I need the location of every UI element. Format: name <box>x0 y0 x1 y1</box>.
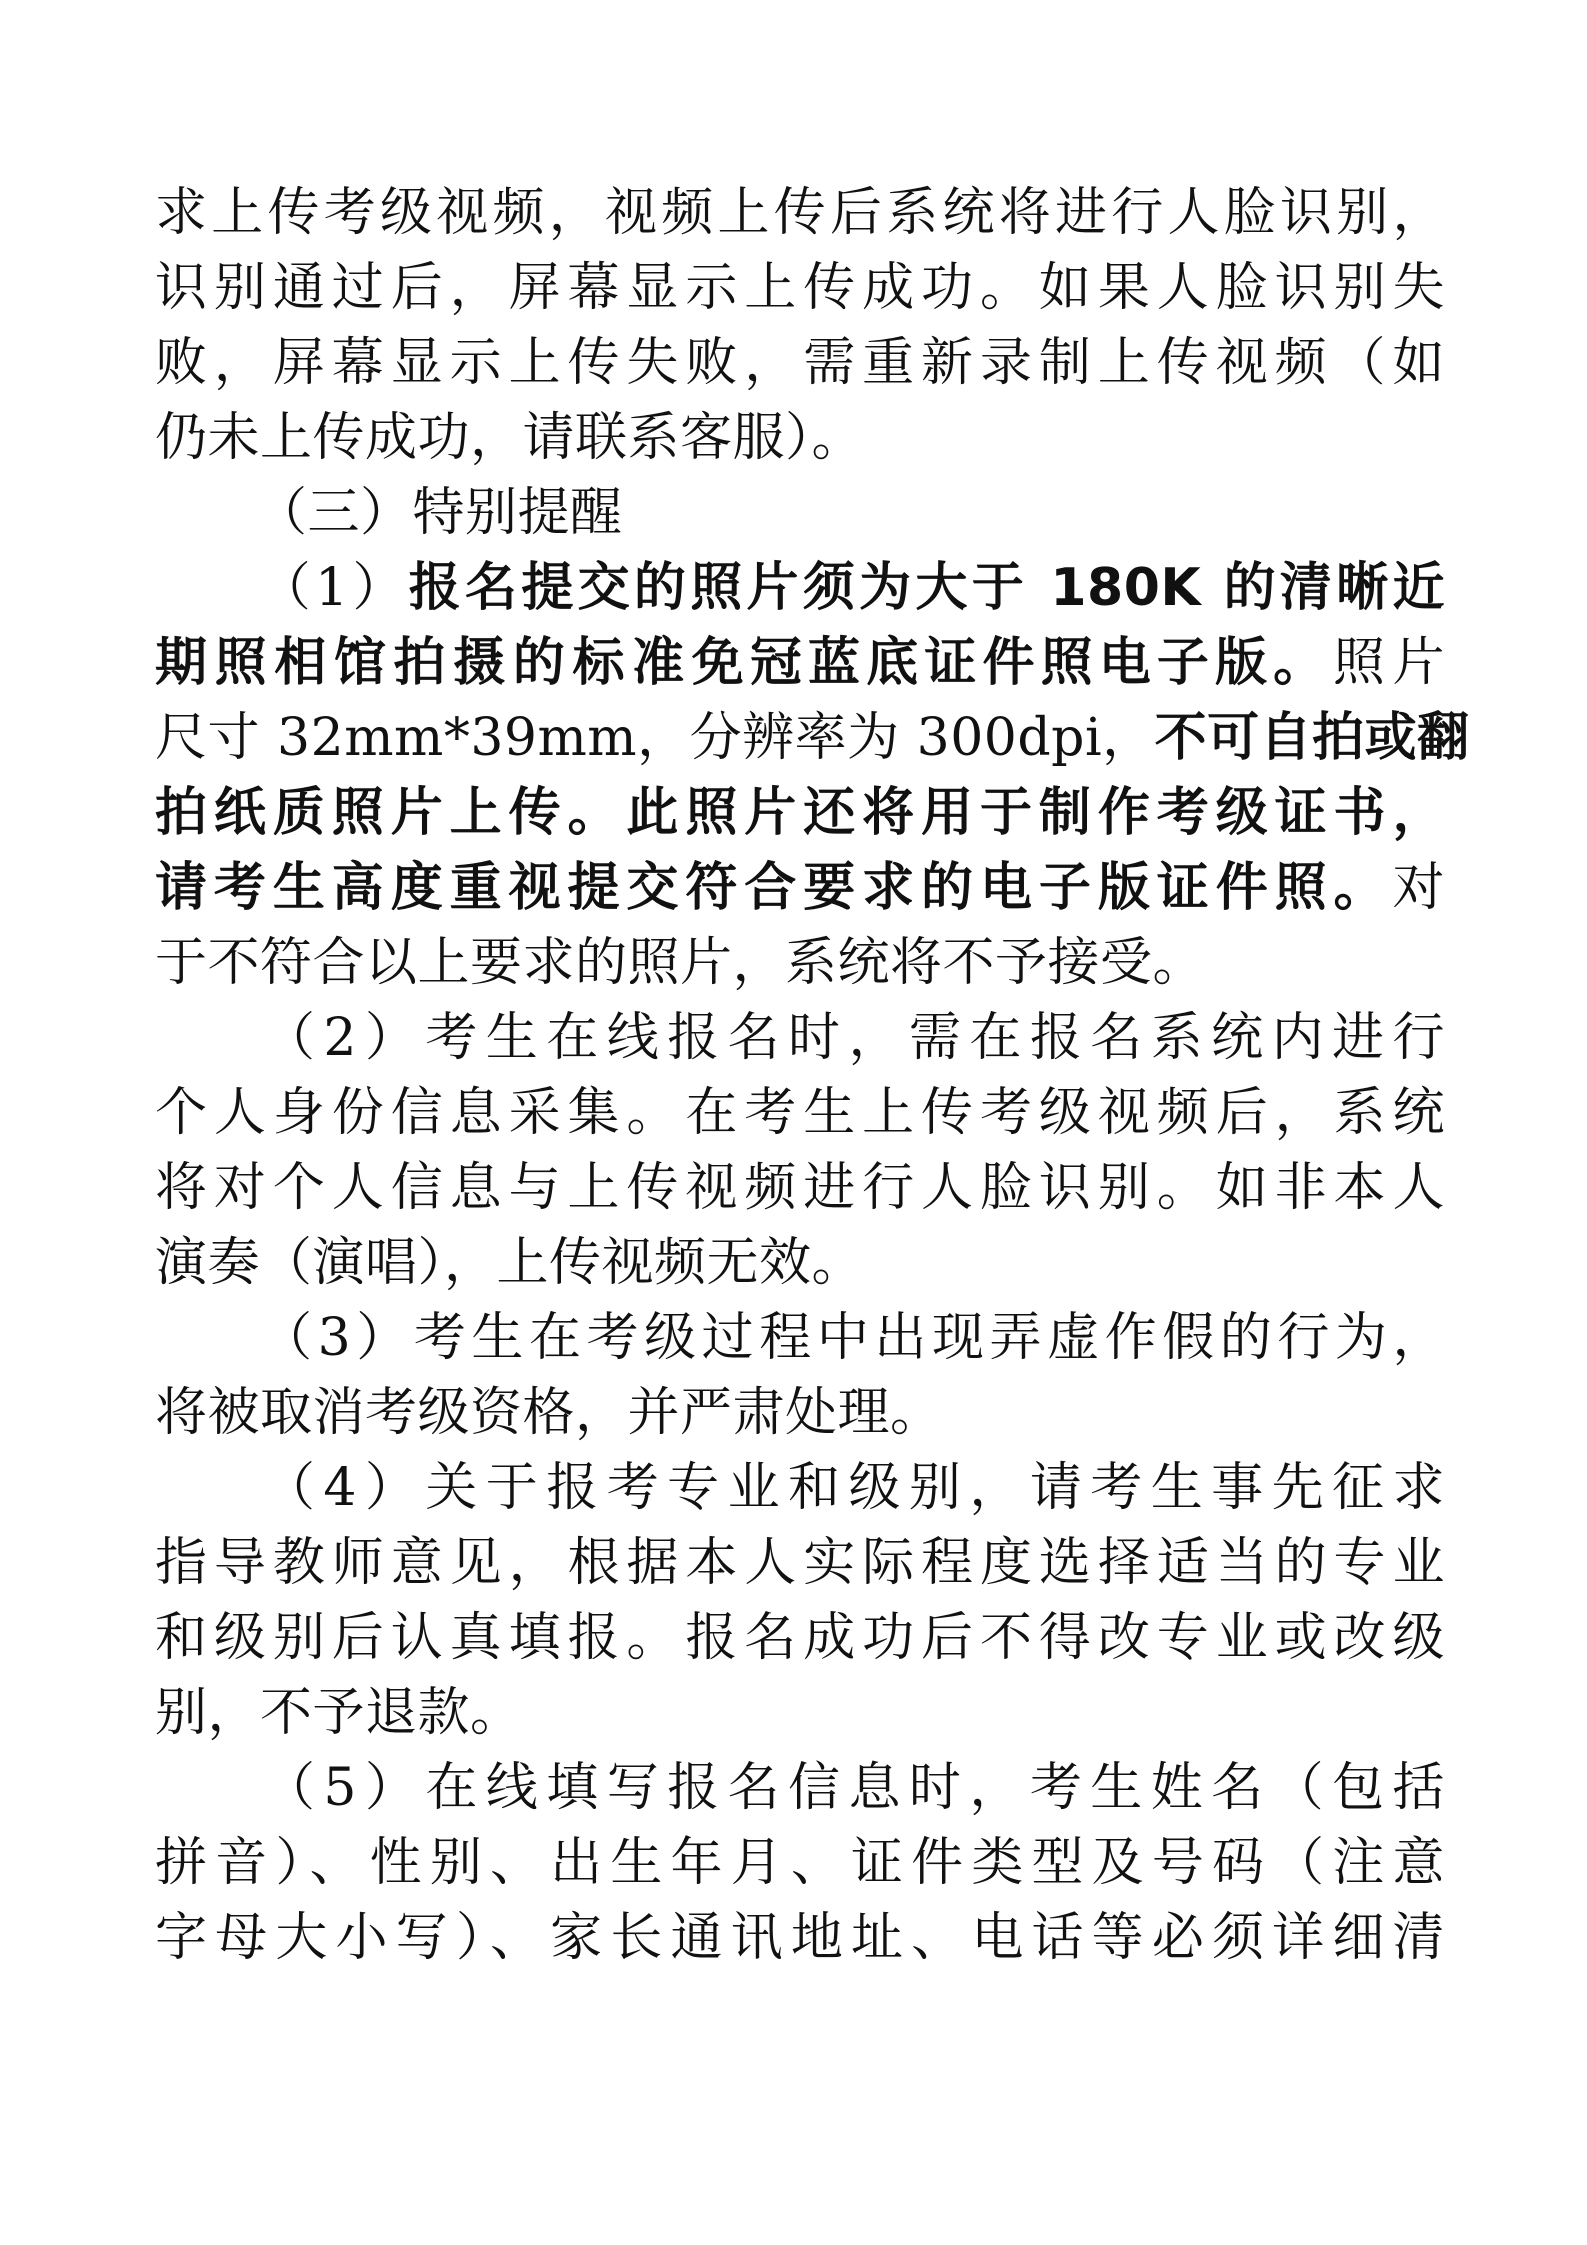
text-line: 期照相馆拍摄的标准免冠蓝底证件照电子版。照片 <box>155 626 1445 701</box>
text-line: 个人身份信息采集。在考生上传考级视频后，系统 <box>155 1076 1445 1151</box>
bold-text: 报名提交的照片须为大于 180K 的清晰近 <box>409 558 1445 618</box>
normal-text: 尺寸 32mm*39mm，分辨率为 300dpi， <box>155 708 1155 768</box>
section-heading-text: （三）特别提醒 <box>255 483 623 543</box>
text-line: （2）考生在线报名时，需在报名系统内进行 <box>155 1001 1445 1076</box>
normal-text: 对 <box>1392 858 1445 918</box>
bold-text: 。 <box>1273 633 1333 693</box>
text-line: 指导教师意见，根据本人实际程度选择适当的专业 <box>155 1526 1445 1601</box>
section-heading: （三）特别提醒 <box>155 476 1445 551</box>
item-number: （1） <box>255 558 409 618</box>
reminder-item-1: （1）报名提交的照片须为大于 180K 的清晰近 期照相馆拍摄的标准免冠蓝底证件… <box>155 551 1445 1001</box>
text-span: （2）考生在线报名时，需在报名系统内进行 <box>255 1008 1445 1068</box>
emphasis-text: 免冠蓝底证件照电子版 <box>692 633 1273 693</box>
text-line: 将对个人信息与上传视频进行人脸识别。如非本人 <box>155 1151 1445 1226</box>
reminder-item-2: （2）考生在线报名时，需在报名系统内进行 个人身份信息采集。在考生上传考级视频后… <box>155 1001 1445 1301</box>
reminder-item-4: （4）关于报考专业和级别，请考生事先征求 指导教师意见，根据本人实际程度选择适当… <box>155 1451 1445 1751</box>
text-line: （1）报名提交的照片须为大于 180K 的清晰近 <box>155 551 1445 626</box>
bold-text: 请考生高度重视提交符合要求的电子版证件照。 <box>155 858 1392 918</box>
bold-text: 拍纸质照片上传。此照片还将用于制作考级证书， <box>155 783 1445 843</box>
bold-text: 不可自拍或翻 <box>1155 708 1470 768</box>
normal-text: 照片 <box>1333 633 1445 693</box>
text-line: 请考生高度重视提交符合要求的电子版证件照。对 <box>155 851 1445 926</box>
bold-text: 期照相馆拍摄的标准 <box>155 633 692 693</box>
text-line: （4）关于报考专业和级别，请考生事先征求 <box>155 1451 1445 1526</box>
reminder-item-5: （5）在线填写报名信息时，考生姓名（包括 拼音）、性别、出生年月、证件类型及号码… <box>155 1751 1445 1976</box>
text-line: 和级别后认真填报。报名成功后不得改专业或改级 <box>155 1601 1445 1676</box>
continuation-paragraph: 求上传考级视频，视频上传后系统将进行人脸识别， 识别通过后，屏幕显示上传成功。如… <box>155 176 1445 476</box>
text-line: 识别通过后，屏幕显示上传成功。如果人脸识别失 <box>155 251 1445 326</box>
reminder-item-3: （3）考生在考级过程中出现弄虚作假的行为， 将被取消考级资格，并严肃处理。 <box>155 1301 1445 1451</box>
text-line: 于不符合以上要求的照片，系统将不予接受。 <box>155 926 1445 1001</box>
text-line: 演奏（演唱），上传视频无效。 <box>155 1226 1445 1301</box>
text-span: （4）关于报考专业和级别，请考生事先征求 <box>255 1458 1445 1518</box>
text-line: 字母大小写）、家长通讯地址、电话等必须详细清 <box>155 1901 1445 1976</box>
text-line: （3）考生在考级过程中出现弄虚作假的行为， <box>155 1301 1445 1376</box>
text-span: （3）考生在考级过程中出现弄虚作假的行为， <box>255 1308 1445 1368</box>
text-span: （5）在线填写报名信息时，考生姓名（包括 <box>255 1758 1445 1818</box>
text-line: 拍纸质照片上传。此照片还将用于制作考级证书， <box>155 776 1445 851</box>
normal-text: 于不符合以上要求的照片，系统将不予接受。 <box>155 933 1205 993</box>
text-line: 尺寸 32mm*39mm，分辨率为 300dpi，不可自拍或翻 <box>155 701 1445 776</box>
document-page: 求上传考级视频，视频上传后系统将进行人脸识别， 识别通过后，屏幕显示上传成功。如… <box>155 176 1445 1976</box>
text-line: 将被取消考级资格，并严肃处理。 <box>155 1376 1445 1451</box>
text-line: 求上传考级视频，视频上传后系统将进行人脸识别， <box>155 176 1445 251</box>
text-line: 拼音）、性别、出生年月、证件类型及号码（注意 <box>155 1826 1445 1901</box>
text-line: 别，不予退款。 <box>155 1676 1445 1751</box>
text-line: （5）在线填写报名信息时，考生姓名（包括 <box>155 1751 1445 1826</box>
text-line: 败，屏幕显示上传失败，需重新录制上传视频（如 <box>155 326 1445 401</box>
text-line: 仍未上传成功，请联系客服）。 <box>155 401 1445 476</box>
